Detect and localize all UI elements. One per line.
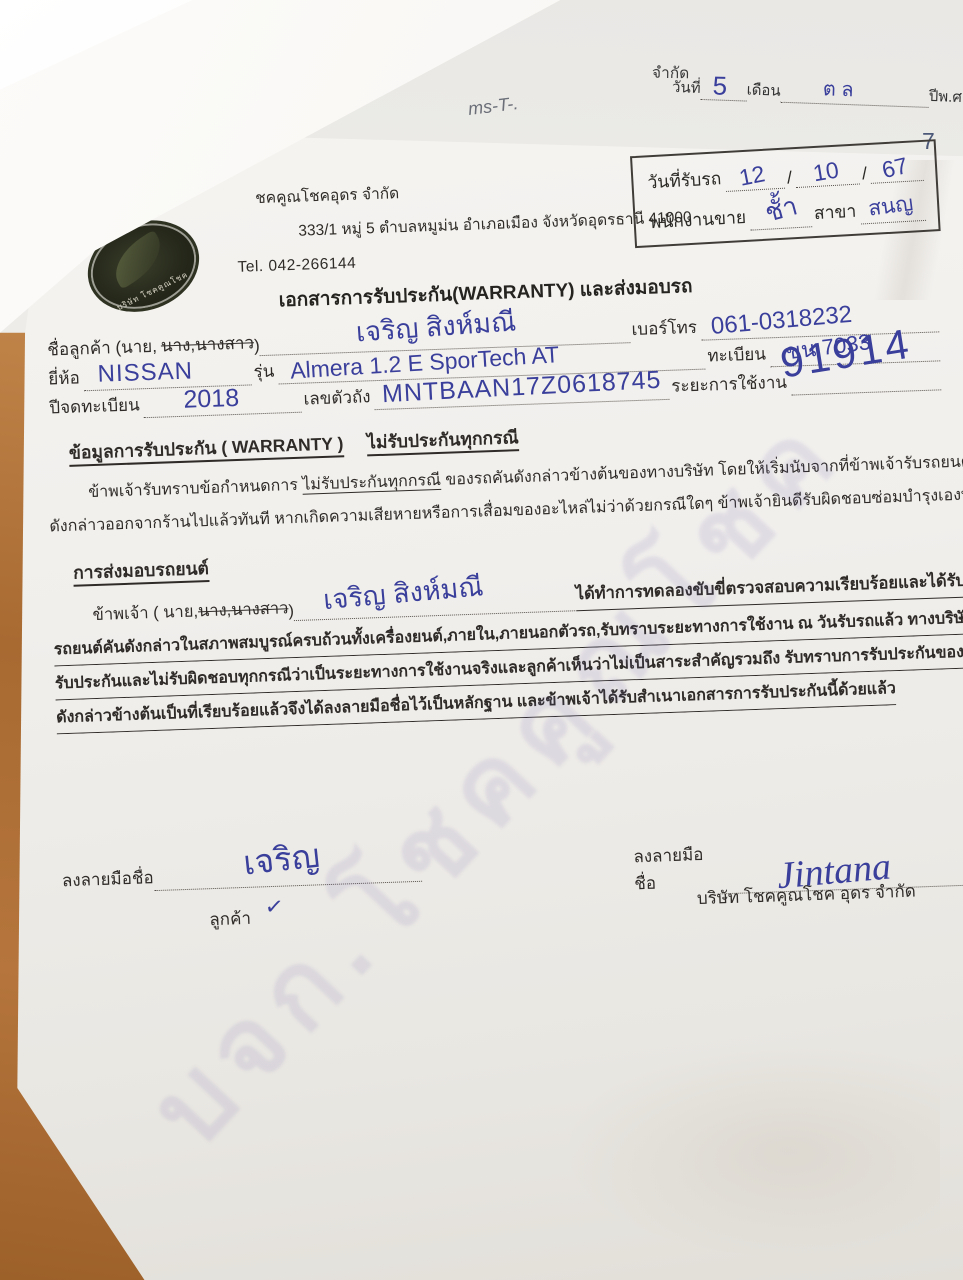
delivery-line1-tail: ได้ทำการทดลองขับขี่ตรวจสอบความเรียบร้อยแ…	[575, 568, 963, 612]
customer-label-close: )	[254, 336, 260, 356]
mileage-fill	[791, 389, 941, 395]
receipt-year-fill: 67	[870, 180, 923, 184]
branch-value-handwritten: สนญ	[866, 187, 915, 225]
reg-year-fill: 2018	[144, 412, 302, 419]
warranty-para-underlined: ไม่รับประกันทุกกรณี	[302, 472, 441, 494]
signature-check-mark: ✓	[264, 893, 285, 921]
month-fill: ต ล	[780, 102, 928, 108]
receipt-date-label: วันที่รับรถ	[645, 164, 726, 196]
brand-handwritten: NISSAN	[97, 357, 193, 388]
chassis-label: เลขตัวถัง	[301, 383, 375, 413]
mileage-label: ระยะการใช้งาน	[669, 369, 792, 400]
brand-label: ยี่ห้อ	[46, 364, 84, 392]
receipt-year-handwritten: 67	[879, 152, 910, 184]
warranty-heading-note: ไม่รับประกันทุกกรณี	[367, 427, 519, 456]
model-label: รุ่น	[251, 357, 279, 385]
customer-signature-row: ลงลายมือชื่อ เจริญ	[61, 855, 422, 895]
delivery-name-fill: เจริญ สิงห์มณี	[294, 610, 576, 621]
salesperson-signature-handwritten: ชั้า	[761, 185, 803, 233]
warranty-para-pre: ข้าพเจ้ารับทราบข้อกำหนดการ	[88, 477, 303, 501]
delivery-line1-close: )	[288, 602, 294, 621]
delivery-line1-pre: ข้าพเจ้า ( นาย,	[92, 598, 198, 628]
month-value-handwritten: ต ล	[822, 72, 854, 105]
day-value-handwritten: 5	[712, 70, 728, 101]
day-fill: 5	[700, 99, 746, 102]
customer-signature-handwritten: เจริญ	[241, 829, 323, 890]
day-label: วันที่	[672, 75, 701, 100]
customer-role-label: ลูกค้า	[209, 905, 252, 933]
warranty-para-post: ของรถคันดังกล่าวข้างต้นของทางบริษัท โดยใ…	[441, 453, 963, 489]
stray-scribble: ms-T-.	[467, 93, 520, 120]
salesperson-label: พนักงานขาย	[647, 203, 751, 237]
reg-year-label: ปีจดทะเบียน	[47, 391, 144, 421]
date-separator-2: /	[858, 163, 870, 185]
receipt-month-fill: 10	[795, 184, 859, 189]
delivery-line1-struck: นาง,นางสาว	[198, 595, 289, 624]
warranty-heading: ข้อมูลการรับประกัน ( WARRANTY ) ไม่รับปร…	[68, 423, 519, 467]
warranty-heading-main: ข้อมูลการรับประกัน ( WARRANTY )	[69, 433, 344, 467]
company-header: ชคคูณโชคอุดร จำกัด 333/1 หมู่ 5 ตำบลหมูม…	[217, 167, 694, 285]
phone-label: เบอร์โทร	[629, 314, 701, 343]
underlying-date-line: วันที่ 5 เดือน ต ล ปีพ.ศ	[672, 75, 963, 109]
photo-of-warranty-document: { "colors": { "pen_ink": "#3a3f9b", "pri…	[0, 0, 963, 1280]
receipt-day-handwritten: 12	[737, 160, 767, 191]
month-label: เดือน	[746, 78, 781, 103]
warranty-document: ชคคูณโชคอุดร จำกัด 333/1 หมู่ 5 ตำบลหมูม…	[30, 107, 963, 1269]
delivery-name-handwritten: เจริญ สิงห์มณี	[322, 564, 486, 621]
receipt-date-box: วันที่รับรถ 12 / 10 / 67 พนักงานขาย ชั้า…	[630, 139, 941, 248]
year-label: ปีพ.ศ	[928, 84, 962, 109]
customer-signature-label: ลงลายมือชื่อ	[61, 864, 154, 894]
chassis-fill: MNTBAAN17Z0618745	[375, 399, 670, 410]
customer-label-struck: นาง,นางสาว	[160, 329, 254, 359]
delivery-heading: การส่งมอบรถยนต์	[73, 554, 210, 587]
salesperson-row: พนักงานขาย ชั้า สาขา สนญ	[647, 193, 926, 236]
salesperson-fill: ชั้า	[751, 226, 813, 230]
reg-year-handwritten: 2018	[183, 384, 240, 415]
delivery-heading-text: การส่งมอบรถยนต์	[73, 558, 210, 587]
branch-fill: สนญ	[861, 220, 926, 225]
plate-label: ทะเบียน	[705, 340, 770, 369]
customer-signature-fill: เจริญ	[154, 881, 422, 891]
receipt-month-handwritten: 10	[811, 157, 841, 188]
branch-label: สาขา	[811, 197, 861, 228]
